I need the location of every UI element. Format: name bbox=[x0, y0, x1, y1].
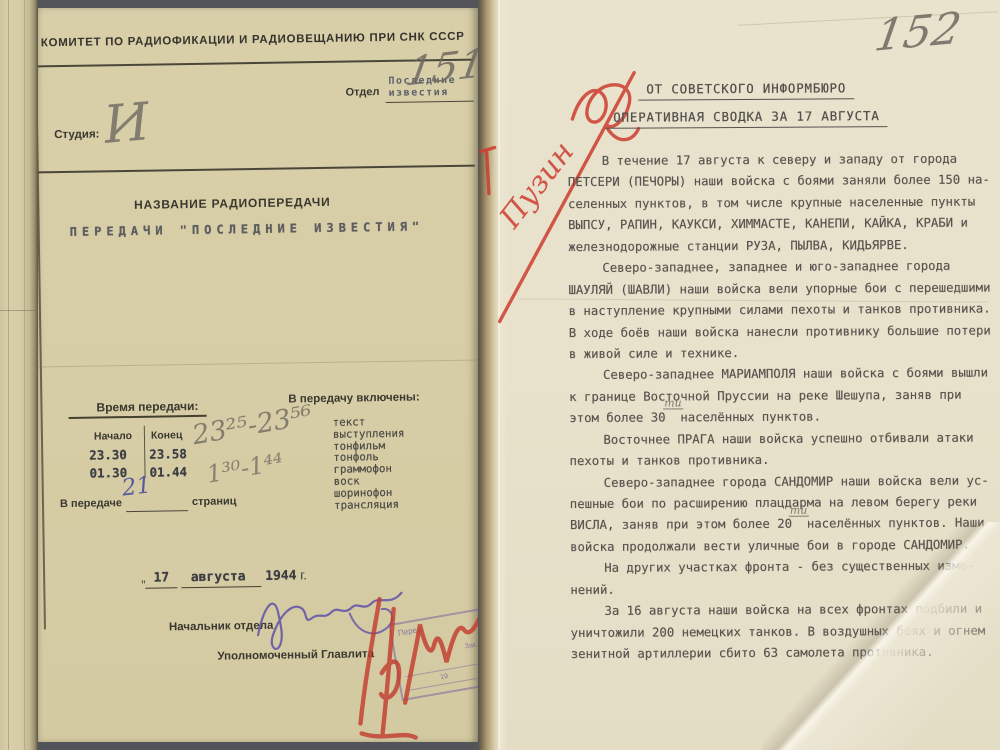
pages-underline bbox=[126, 510, 188, 512]
page-edge-line bbox=[24, 0, 25, 750]
report-line: Северо-западнее МАРИАМПОЛЯ наши войска с… bbox=[569, 363, 1000, 387]
time-column-divider bbox=[144, 426, 146, 478]
pencil-superscript-note: ти bbox=[663, 397, 683, 409]
report-heading-1-wrap: ОТ СОВЕТСКОГО ИНФОРМБЮРО bbox=[536, 79, 956, 102]
report-heading-1: ОТ СОВЕТСКОГО ИНФОРМБЮРО bbox=[638, 80, 854, 100]
paper-crease bbox=[38, 360, 478, 368]
handwritten-time-1: 23²⁵-23⁵⁶ bbox=[190, 400, 315, 451]
pencil-superscript-note: ти bbox=[789, 505, 809, 517]
report-line: железнодорожные станции РУЗА, ПЫЛВА, КИД… bbox=[568, 234, 1000, 258]
left-page-form: КОМИТЕТ ПО РАДИОФИКАЦИИ И РАДИОВЕЩАНИЮ П… bbox=[38, 8, 478, 742]
report-line: Восточнее ПРАГА наши войска успешно отби… bbox=[569, 427, 1000, 451]
studio-handwritten-value: И bbox=[102, 92, 152, 156]
report-line: к границе Восточной Пруссии на реке Шешу… bbox=[569, 384, 1000, 408]
page-number-left: 151 bbox=[403, 40, 478, 95]
time-end-1: 23.58 bbox=[149, 446, 187, 462]
book-edge-strip bbox=[0, 0, 38, 750]
pages-handwritten-value: 21 bbox=[120, 472, 152, 501]
included-label: В передачу включены: bbox=[288, 391, 419, 405]
report-heading-2: ОПЕРАТИВНАЯ СВОДКА ЗА 17 АВГУСТА bbox=[605, 108, 888, 129]
date-suffix: г. bbox=[300, 567, 307, 582]
time-end-2: 01.44 bbox=[149, 464, 187, 480]
pages-suffix: страниц bbox=[192, 495, 237, 508]
dept-rule bbox=[386, 101, 474, 103]
time-section-label: Время передачи: bbox=[96, 399, 198, 415]
studio-label: Студия: bbox=[54, 128, 99, 141]
program-name-typed: ПЕРЕДАЧИ "ПОСЛЕДНИЕ ИЗВЕСТИЯ" bbox=[70, 219, 470, 239]
page-number-right: 152 bbox=[871, 3, 964, 62]
report-line: ШАУЛЯЙ (ШАВЛИ) наши войска вели упорные … bbox=[568, 277, 1000, 301]
report-line: в наступление крупными силами пехоты и т… bbox=[569, 298, 1000, 322]
program-name-label: НАЗВАНИЕ РАДИОПЕРЕДАЧИ bbox=[132, 195, 332, 212]
report-line: пешные бои по расширению плацдарма на ле… bbox=[570, 491, 1000, 515]
report-heading-2-wrap: ОПЕРАТИВНАЯ СВОДКА ЗА 17 АВГУСТА bbox=[536, 107, 956, 130]
report-line: В течение 17 августа к северу и западу о… bbox=[568, 148, 1000, 172]
report-line: пехоты и танков противника. bbox=[569, 448, 1000, 472]
column-start-label: Начало bbox=[94, 430, 132, 443]
report-line: Северо-западнее, западнее и юго-западнее… bbox=[568, 256, 1000, 280]
corner-fold bbox=[762, 522, 1000, 750]
report-line: селенных пунктов, в том числе крупные на… bbox=[568, 191, 1000, 215]
report-line: в живой силе и технике. bbox=[569, 341, 1000, 365]
book-scan: КОМИТЕТ ПО РАДИОФИКАЦИИ И РАДИОВЕЩАНИЮ П… bbox=[0, 0, 1000, 750]
report-line: Северо-западнее города САНДОМИР наши вой… bbox=[570, 470, 1000, 494]
page-edge-line bbox=[8, 0, 9, 750]
report-line: ВЫПСУ, РАПИН, КАУКСИ, ХИММАСТЕ, КАНЕПИ, … bbox=[568, 213, 1000, 237]
column-end-label: Конец bbox=[151, 429, 183, 441]
handwritten-time-2: 1³⁰-1⁴⁴ bbox=[205, 448, 286, 489]
pages-prefix: В передаче bbox=[60, 497, 122, 510]
included-item: трансляция bbox=[334, 497, 464, 511]
right-page-report: 152 Пузин ОТ СОВЕТСКОГО ИНФОРМБЮРО ОПЕРА… bbox=[478, 0, 1000, 750]
dept-label: Отдел bbox=[345, 86, 379, 99]
time-section-rule bbox=[69, 415, 207, 419]
date-day: 17 bbox=[145, 570, 177, 588]
left-page-content: КОМИТЕТ ПО РАДИОФИКАЦИИ И РАДИОВЕЩАНИЮ П… bbox=[38, 8, 478, 742]
report-line: В ходе боёв наши войска нанесли противни… bbox=[569, 320, 1000, 344]
page-edge-line bbox=[0, 310, 38, 311]
included-list: текствыступлениятонфильмтонфольграммофон… bbox=[333, 415, 464, 511]
time-start-1: 23.30 bbox=[89, 447, 127, 463]
section-rule bbox=[38, 165, 475, 174]
red-pencil-scrawl bbox=[339, 579, 478, 742]
report-line: ПЕТСЕРИ (ПЕЧОРЫ) наши войска с боями зан… bbox=[568, 170, 1000, 194]
date-month: августа bbox=[181, 569, 262, 588]
report-line: этом более 30 населённых пунктов. bbox=[569, 406, 1000, 430]
committee-header: КОМИТЕТ ПО РАДИОФИКАЦИИ И РАДИОВЕЩАНИЮ П… bbox=[41, 31, 465, 50]
form-border-line bbox=[38, 29, 46, 629]
